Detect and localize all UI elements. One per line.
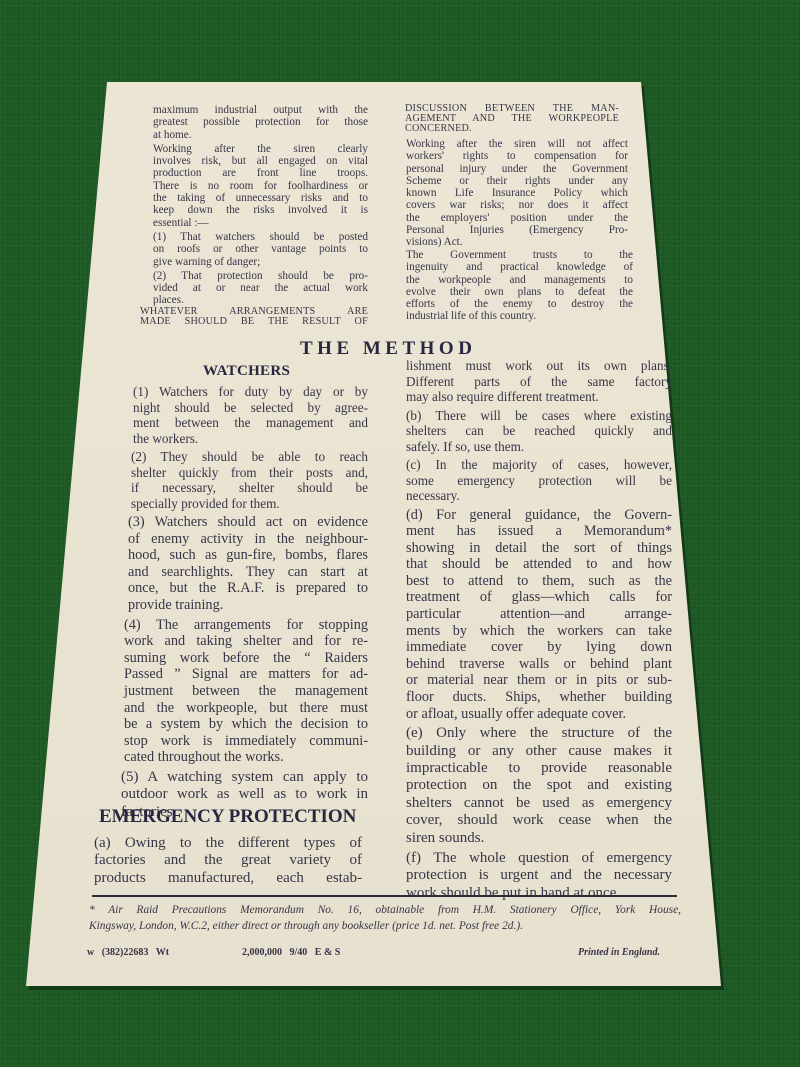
text-line: (2) That protection should be pro- (153, 270, 368, 282)
text-line: (f) The whole question of emergency (406, 850, 672, 867)
text-line: greatest possible protection for those (153, 116, 368, 128)
text-line: suming work before the “ Raiders (124, 650, 368, 667)
text-line: (a) Owing to the different types of (94, 835, 362, 852)
text-line: at home. (153, 129, 368, 141)
method-item: (d) For general guidance, the Govern-men… (406, 507, 672, 723)
watchers-item-2: (2) They should be able to reachshelter … (131, 449, 368, 511)
text-line: visions) Act. (406, 236, 628, 248)
text-line: efforts of the enemy to destroy the (406, 298, 633, 310)
text-line: the workpeople and managements to (406, 274, 633, 286)
text-line: shelter quickly from their posts and, (131, 465, 368, 481)
text-line: Personal Injuries (Emergency Pro- (406, 224, 628, 236)
text-line: shelters can be reached quickly and (406, 423, 672, 439)
watchers-list: (1) Watchers for duty by day or bynight … (133, 384, 368, 821)
text-line: and the workpeople, but there must (124, 700, 368, 717)
text-line: evolve their own plans to defeat the (406, 286, 633, 298)
text-line: covers war risks; nor does it affect (406, 199, 628, 211)
text-line: best to attend to them, such as the (406, 573, 672, 590)
text-line: Kingsway, London, W.C.2, either direct o… (89, 919, 681, 935)
imprint-code: w (382)22683 Wt (87, 947, 169, 958)
text-line: ingenuity and practical knowledge of (406, 261, 633, 273)
text-line: behind traverse walls or behind plant (406, 656, 672, 673)
top-right-caps: DISCUSSION BETWEEN THE MAN-AGEMENT AND T… (405, 104, 619, 133)
method-title: THE METHOD (300, 338, 476, 360)
text-line: once, but the R.A.F. is prepared to (128, 580, 368, 597)
text-line: work and taking shelter and for re- (124, 633, 368, 650)
text-line: personal injury under the Government (406, 163, 628, 175)
text-line: workers' rights to compensation for (406, 150, 628, 162)
text-line: or material near them or in pits or sub- (406, 672, 672, 689)
text-line: justment between the management (124, 683, 368, 700)
text-line: that should be attended to and how (406, 556, 672, 573)
top-right-para-2: The Government trusts to theingenuity an… (406, 249, 633, 323)
text-line: factories and the great variety of (94, 852, 362, 869)
text-line: hood, such as gun-fire, bombs, flares (128, 547, 368, 564)
text-line: may also require different treatment. (406, 389, 672, 405)
text-line: ment between the management and (133, 415, 368, 431)
text-line: on roofs or other vantage points to (153, 243, 368, 255)
top-left-column: maximum industrial output with thegreate… (153, 104, 368, 307)
text-line: night should be selected by agree- (133, 400, 368, 416)
paragraph: (2) That protection should be pro-vided … (153, 270, 368, 307)
text-line: products manufactured, each estab- (94, 870, 362, 887)
text-line: necessary. (406, 488, 672, 504)
text-line: (d) For general guidance, the Govern- (406, 507, 672, 524)
paragraph: maximum industrial output with thegreate… (153, 104, 368, 141)
top-right-para-1: Working after the siren will not affectw… (406, 138, 628, 249)
text-line: * Air Raid Precautions Memorandum No. 16… (89, 903, 681, 919)
imprint-print-run: 2,000,000 9/40 E & S (242, 947, 340, 958)
paragraph: Working after the siren clearlyinvolves … (153, 143, 368, 229)
text-line: or afloat, usually offer adequate cover. (406, 706, 672, 723)
text-line: the workers. (133, 431, 368, 447)
text-line: CONCERNED. (405, 124, 619, 134)
text-line: ment has issued a Memorandum* (406, 523, 672, 540)
text-line: (c) In the majority of cases, however, (406, 457, 672, 473)
watchers-item-1: (1) Watchers for duty by day or bynight … (133, 384, 368, 446)
watchers-item-3: (3) Watchers should act on evidenceof en… (128, 514, 368, 614)
text-line: some emergency protection will be (406, 473, 672, 489)
method-item: lishment must work out its own plans.Dif… (406, 358, 672, 405)
method-right-column: lishment must work out its own plans.Dif… (406, 358, 672, 902)
text-line: provide training. (128, 597, 368, 614)
text-line: vided at or near the actual work (153, 282, 368, 294)
text-line: (1) That watchers should be posted (153, 231, 368, 243)
emergency-item-a: (a) Owing to the different types offacto… (94, 835, 362, 887)
text-line: siren sounds. (406, 830, 672, 847)
watchers-item-4: (4) The arrangements for stoppingwork an… (124, 617, 368, 766)
text-line: (1) Watchers for duty by day or by (133, 384, 368, 400)
text-line: maximum industrial output with the (153, 104, 368, 116)
text-line: places. (153, 294, 368, 306)
text-line: Different parts of the same factory (406, 374, 672, 390)
text-line: (2) They should be able to reach (131, 449, 368, 465)
text-line: (3) Watchers should act on evidence (128, 514, 368, 531)
text-line: building or any other cause makes it (406, 743, 672, 760)
text-line: Scheme or their rights under any (406, 175, 628, 187)
text-line: stop work is immediately communi- (124, 733, 368, 750)
text-line: Working after the siren will not affect (406, 138, 628, 150)
footnote: * Air Raid Precautions Memorandum No. 16… (89, 903, 681, 934)
text-line: of enemy activity in the neighbour- (128, 531, 368, 548)
text-line: outdoor work as well as to work in (121, 786, 368, 803)
text-line: ments by which the workers can take (406, 623, 672, 640)
text-line: known Life Insurance Policy which (406, 187, 628, 199)
text-line: keep down the risks involved it is (153, 204, 368, 216)
text-line: MADE SHOULD BE THE RESULT OF (140, 317, 368, 327)
text-line: and searchlights. They can start at (128, 564, 368, 581)
text-line: shelters cannot be used as emergency (406, 795, 672, 812)
method-item: (e) Only where the structure of thebuild… (406, 725, 672, 847)
text-line: if necessary, shelter should be (131, 480, 368, 496)
text-line: cover, should work cease when the (406, 812, 672, 829)
text-line: Working after the siren clearly (153, 143, 368, 155)
text-line: cated throughout the works. (124, 749, 368, 766)
text-line: industrial life of this country. (406, 310, 633, 322)
watchers-heading: WATCHERS (203, 363, 290, 380)
emergency-heading: EMERGENCY PROTECTION (99, 806, 356, 828)
text-line: work should be put in hand at once. (406, 885, 672, 902)
text-line: The Government trusts to the (406, 249, 633, 261)
footer-rule (92, 895, 677, 897)
text-line: the employers' position under the (406, 212, 628, 224)
text-line: protection is urgent and the necessary (406, 867, 672, 884)
text-line: essential :— (153, 217, 368, 229)
method-item: (c) In the majority of cases, however,so… (406, 457, 672, 504)
text-line: Passed ” Signal are matters for ad- (124, 666, 368, 683)
text-line: showing in detail the sort of things (406, 540, 672, 557)
text-line: immediate cover by lying down (406, 639, 672, 656)
text-line: (4) The arrangements for stopping (124, 617, 368, 634)
method-item: (b) There will be cases where existingsh… (406, 408, 672, 455)
paragraph: (1) That watchers should be postedon roo… (153, 231, 368, 268)
text-line: treatment of glass—which calls for (406, 589, 672, 606)
text-line: specially provided for them. (131, 496, 368, 512)
text-line: protection on the spot and existing (406, 777, 672, 794)
text-line: the taking of unnecessary risks and to (153, 192, 368, 204)
text-line: be a system by which the decision to (124, 716, 368, 733)
text-line: lishment must work out its own plans. (406, 358, 672, 374)
printed-in-england: Printed in England. (578, 947, 660, 958)
text-line: safely. If so, use them. (406, 439, 672, 455)
text-line: floor ducts. Ships, whether building (406, 689, 672, 706)
text-line: (b) There will be cases where existing (406, 408, 672, 424)
text-line: (e) Only where the structure of the (406, 725, 672, 742)
text-line: involves risk, but all engaged on vital (153, 155, 368, 167)
text-line: (5) A watching system can apply to (121, 769, 368, 786)
text-line: particular attention—and arrange- (406, 606, 672, 623)
text-line: There is no room for foolhardiness or (153, 180, 368, 192)
top-left-caps: WHATEVER ARRANGEMENTS AREMADE SHOULD BE … (140, 307, 368, 327)
text-line: give warning of danger; (153, 256, 368, 268)
text-line: production are front line troops. (153, 167, 368, 179)
text-line: impracticable to provide reasonable (406, 760, 672, 777)
